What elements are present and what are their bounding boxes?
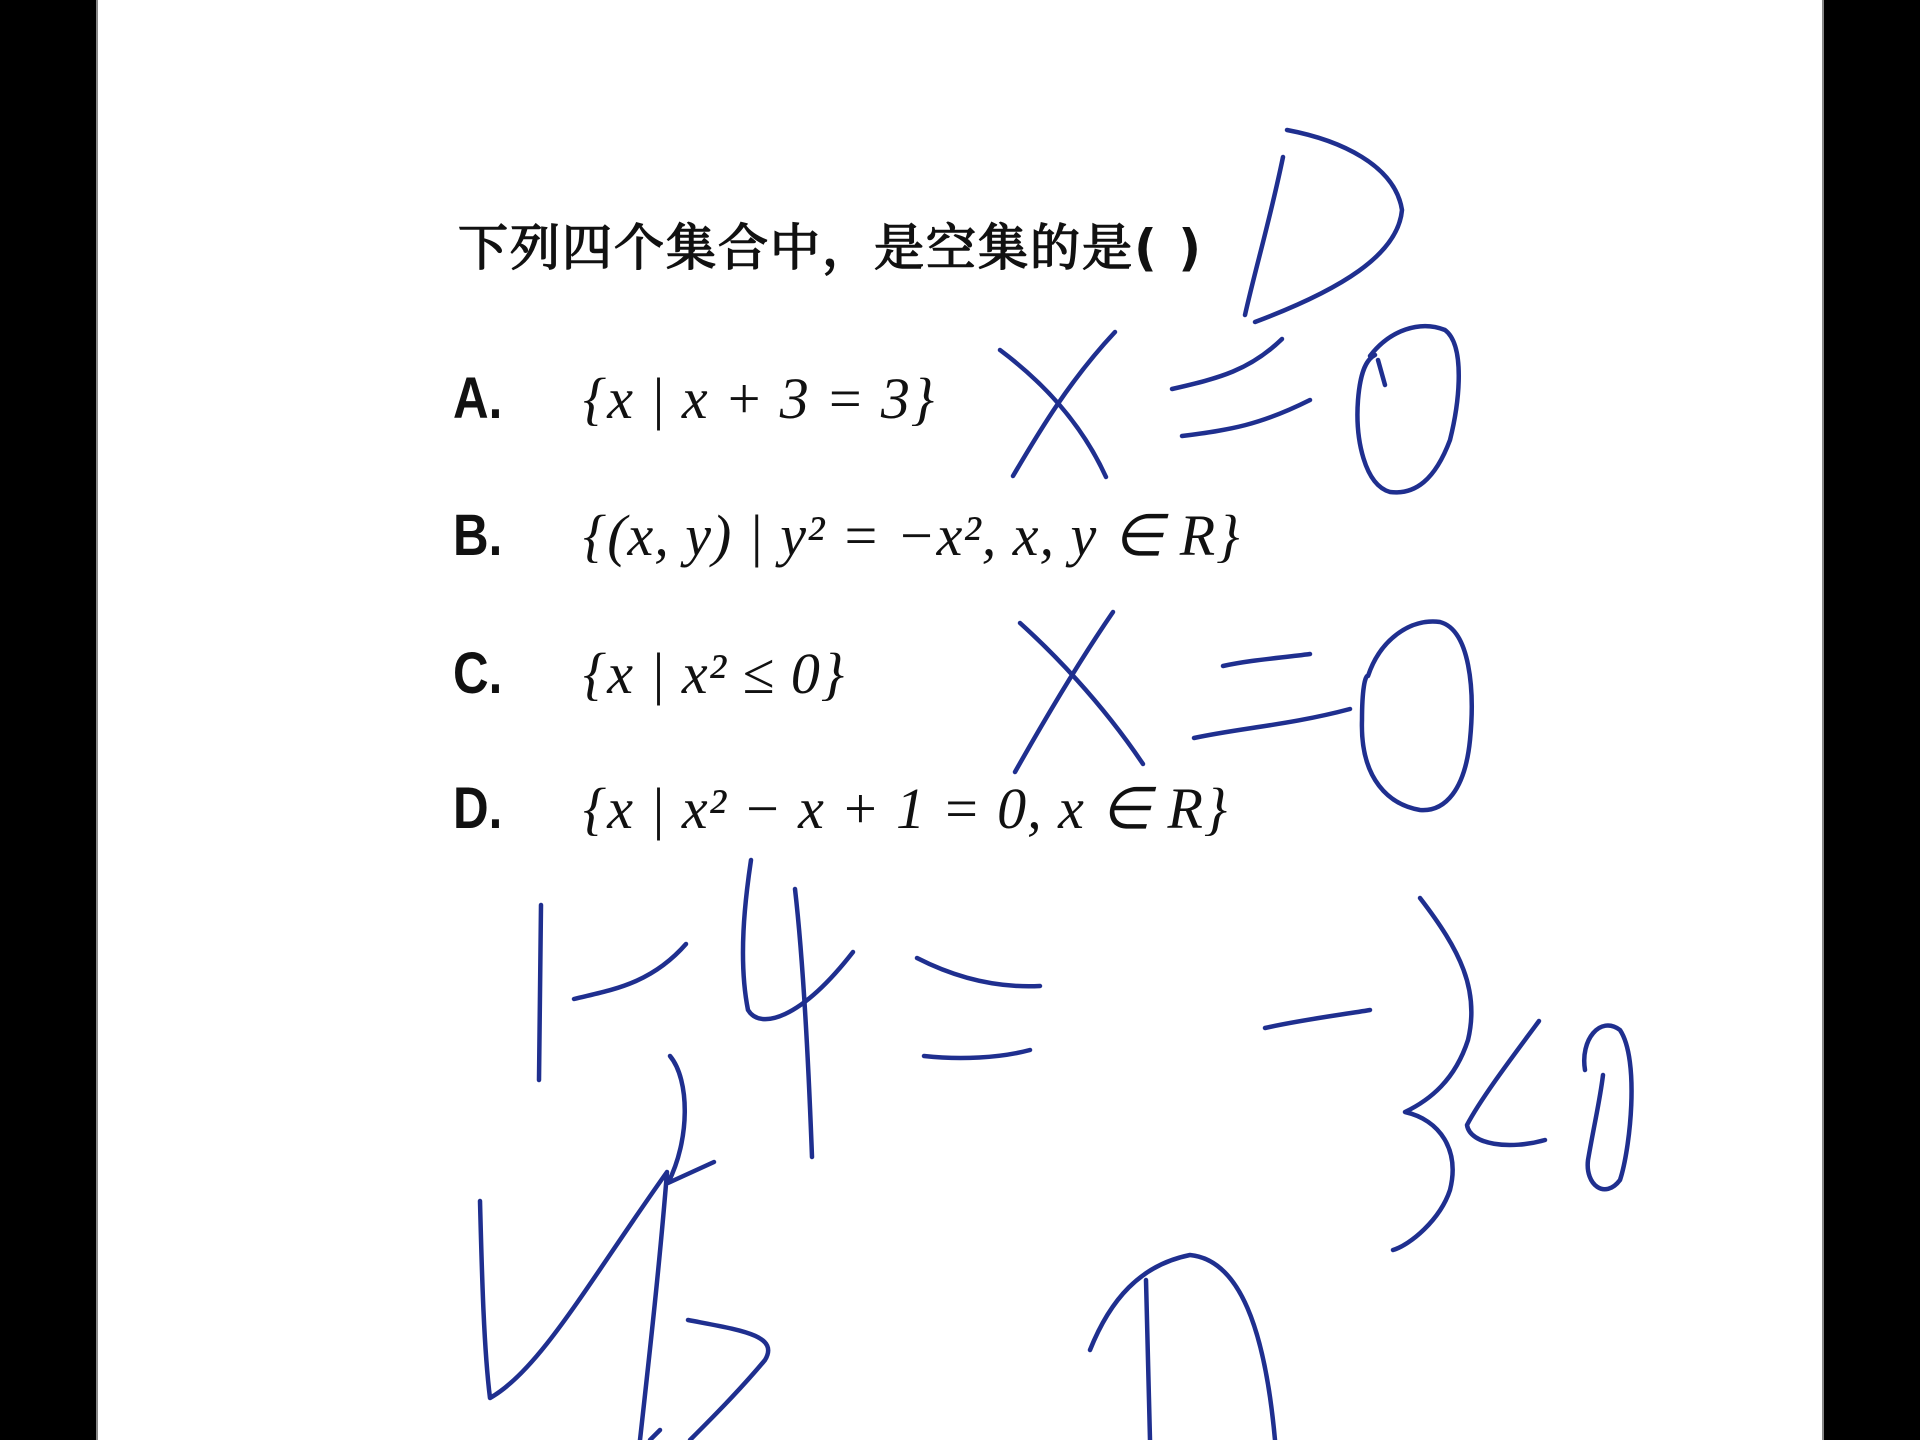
option-c: C. {x | x² ≤ 0}	[453, 638, 845, 708]
option-d: D. {x | x² − x + 1 = 0, x ∈ R}	[453, 773, 1228, 843]
option-formula: {(x, y) | y² = −x², x, y ∈ R}	[583, 501, 1240, 569]
option-b: B. {(x, y) | y² = −x², x, y ∈ R}	[453, 500, 1240, 570]
option-formula: {x | x + 3 = 3}	[583, 365, 935, 432]
option-letter: A.	[453, 365, 564, 432]
option-letter: D.	[453, 775, 564, 842]
option-a: A. {x | x + 3 = 3}	[453, 363, 935, 433]
option-letter: C.	[453, 640, 564, 707]
option-formula: {x | x² ≤ 0}	[583, 640, 845, 707]
worksheet-page: 下列四个集合中，是空集的是( ) A. {x | x + 3 = 3} B. {…	[96, 0, 1824, 1440]
option-letter: B.	[453, 502, 564, 569]
option-formula: {x | x² − x + 1 = 0, x ∈ R}	[583, 774, 1228, 842]
question-stem: 下列四个集合中，是空集的是( )	[458, 208, 1203, 280]
